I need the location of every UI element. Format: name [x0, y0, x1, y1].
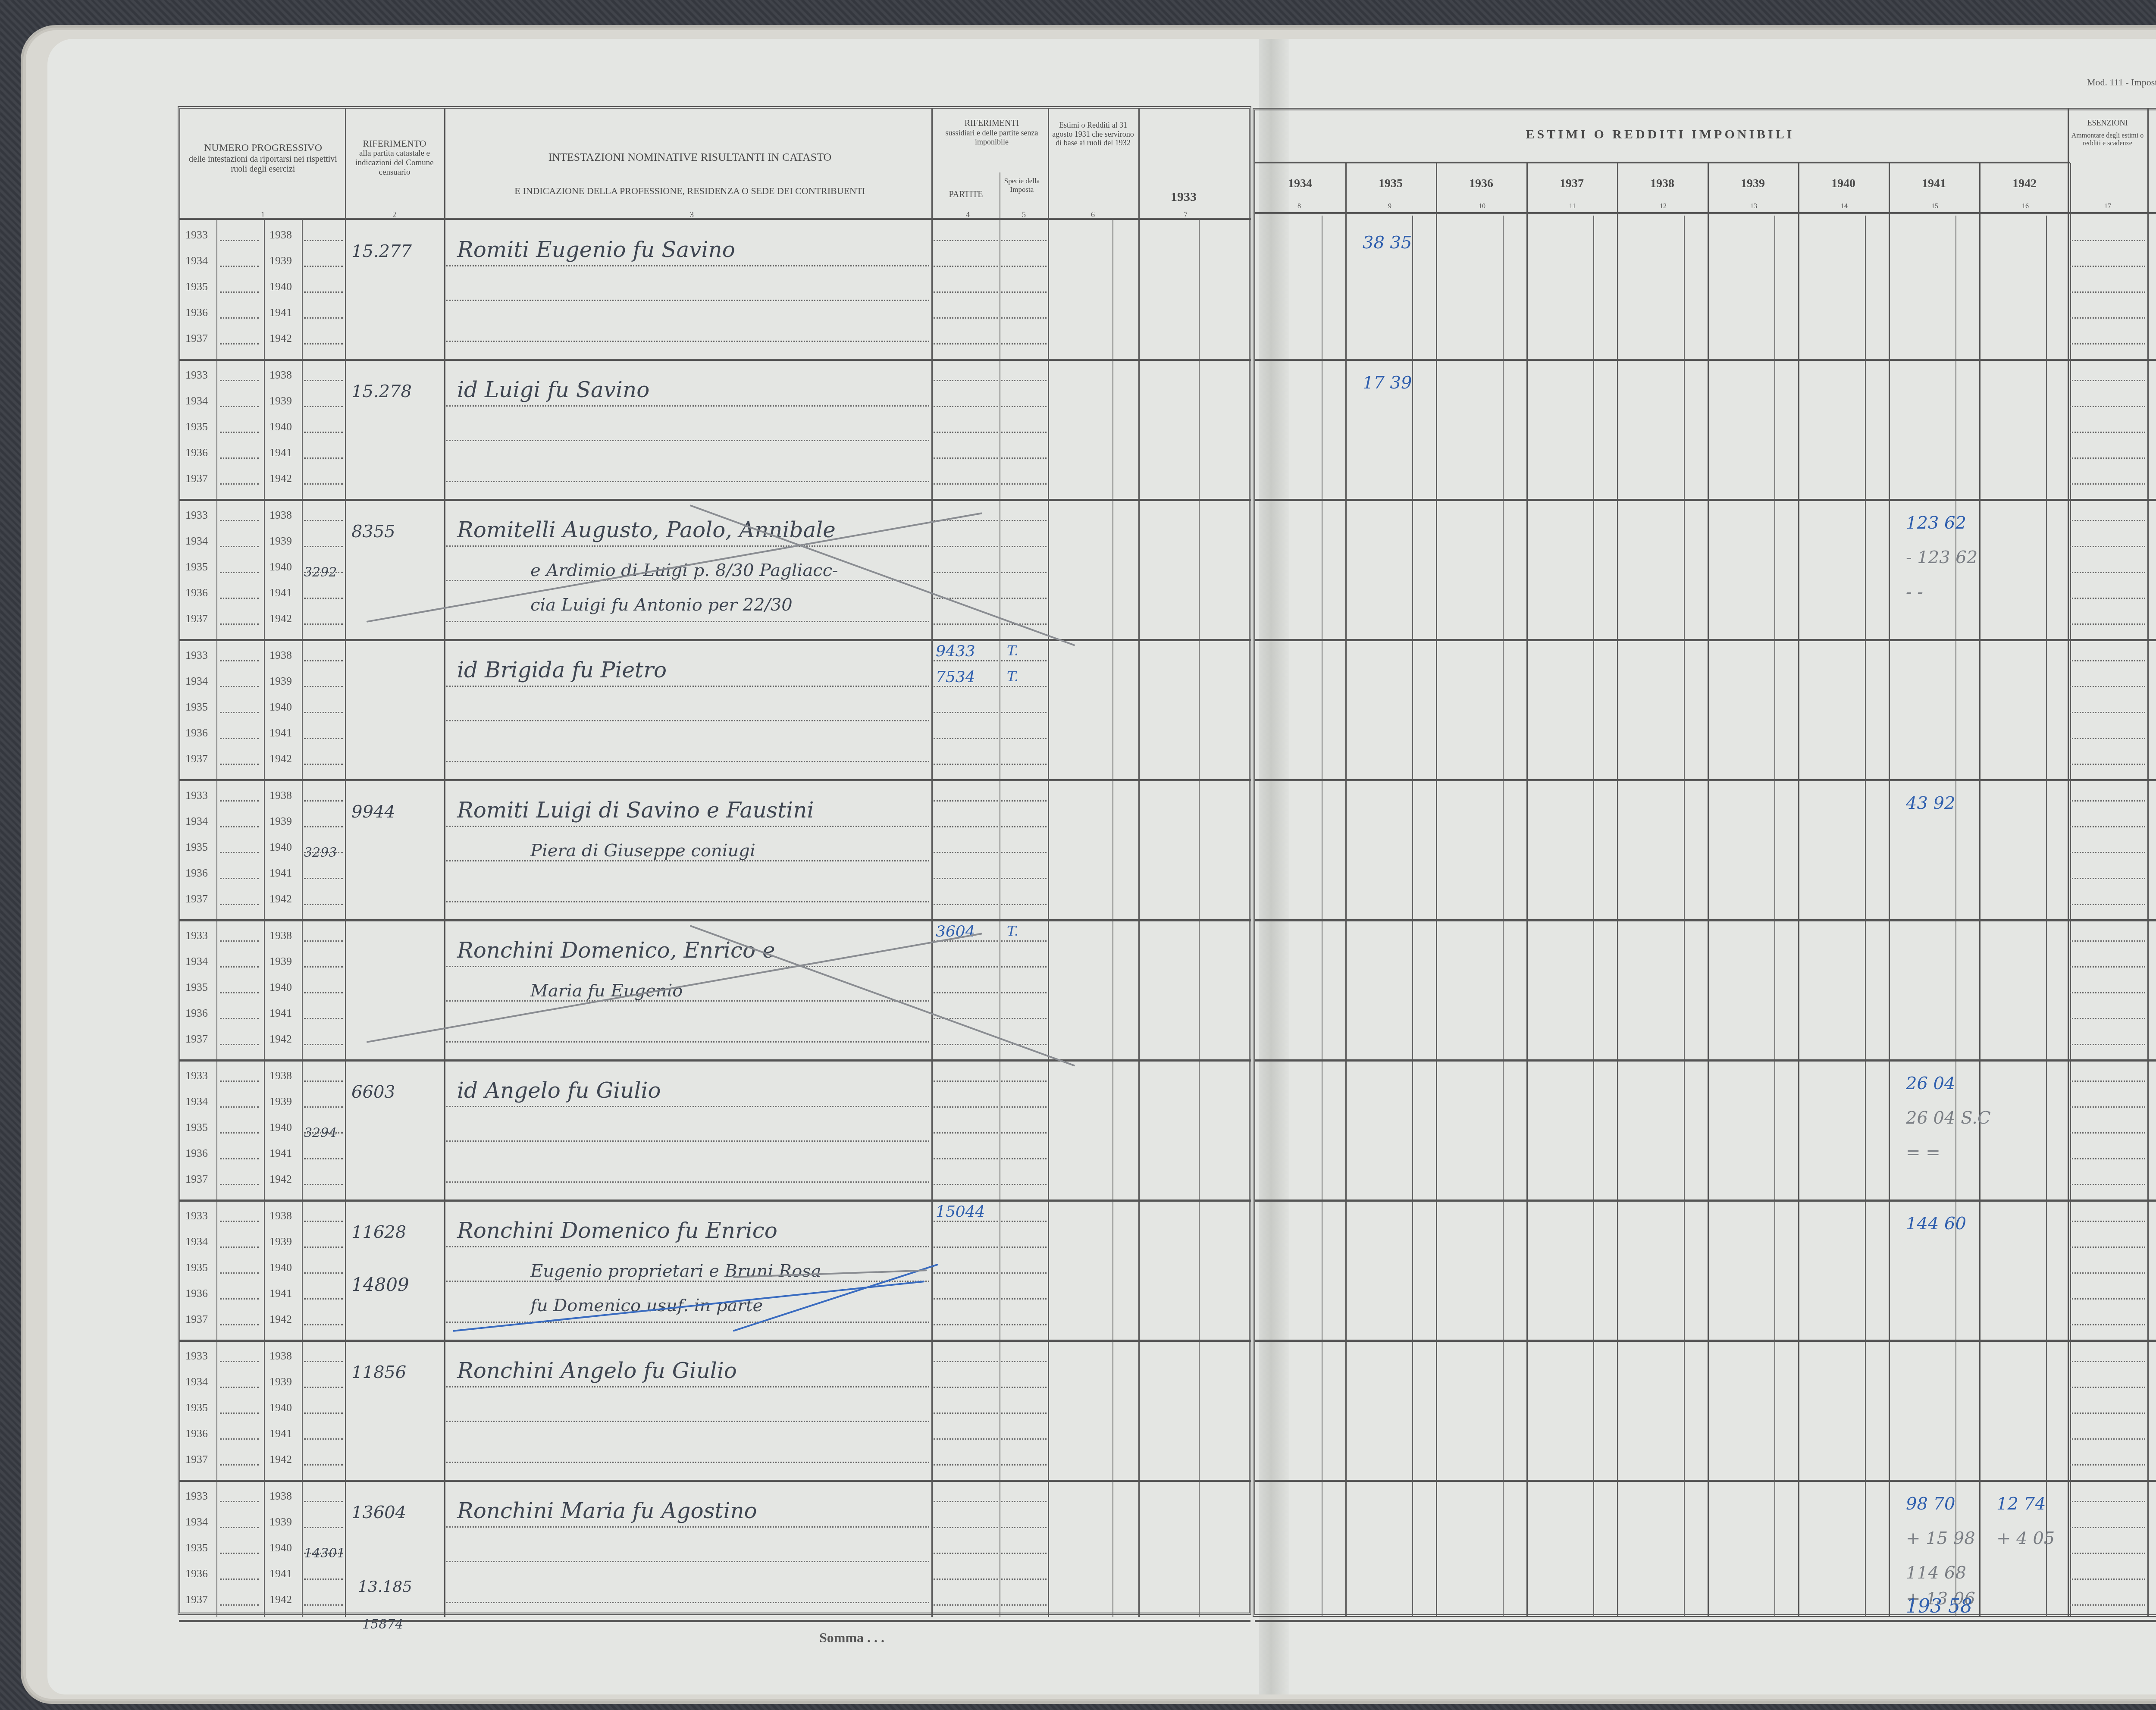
- dotted-line: [220, 1018, 259, 1019]
- dotted-line: [1001, 266, 1047, 267]
- row-separator: [1255, 919, 2156, 921]
- row-separator: [1255, 1340, 2156, 1342]
- dotted-line: [2070, 1080, 2145, 1082]
- row-separator: [179, 1620, 1250, 1622]
- dotted-line: [446, 686, 929, 687]
- dotted-line: [934, 1361, 998, 1362]
- partita-reference: 11628: [351, 1222, 406, 1242]
- dotted-line: [934, 240, 998, 241]
- year-label: 1934: [185, 1235, 208, 1248]
- year-header-1939: 1939: [1708, 177, 1798, 191]
- dotted-line: [2070, 878, 2145, 879]
- dotted-line: [220, 1464, 259, 1466]
- year-header-1940: 1940: [1798, 177, 1889, 191]
- colnum-17: 17: [2104, 203, 2111, 210]
- dotted-line: [934, 546, 998, 547]
- row-separator: [179, 919, 1250, 921]
- row-separator: [1255, 1480, 2156, 1482]
- dotted-line: [934, 1080, 998, 1082]
- dotted-line: [446, 1386, 929, 1387]
- dotted-line: [304, 1080, 343, 1082]
- header-exemptions: ESENZIONI Ammontare degli estimi o reddi…: [2070, 119, 2145, 147]
- dotted-line: [220, 800, 259, 802]
- dotted-line: [1001, 1412, 1047, 1414]
- divider: [1412, 216, 1413, 1617]
- dotted-line: [934, 1106, 998, 1108]
- divider: [2068, 108, 2069, 1617]
- dotted-line: [934, 826, 998, 827]
- year-label: 1942: [269, 472, 292, 485]
- divider: [1708, 163, 1709, 1616]
- dotted-line: [220, 764, 259, 765]
- taxpayer-name: Romiti Eugenio fu Savino: [457, 237, 735, 262]
- dotted-line: [446, 1106, 929, 1107]
- year-label: 1941: [269, 1567, 292, 1580]
- dotted-line: [2070, 852, 2145, 853]
- dotted-line: [2070, 966, 2145, 968]
- divider: [216, 220, 217, 1617]
- dotted-line: [304, 764, 343, 765]
- year-label: 1938: [269, 649, 292, 662]
- dotted-line: [446, 1041, 929, 1043]
- row-separator: [1255, 359, 2156, 361]
- dotted-line: [1001, 546, 1047, 547]
- header-exemptions-sub: Ammontare degli estimi o redditi e scade…: [2070, 132, 2145, 148]
- divider: [1138, 108, 1140, 1617]
- alt-reference: 3294: [304, 1125, 337, 1140]
- dotted-line: [934, 1221, 998, 1222]
- dotted-line: [446, 1526, 929, 1528]
- year-label: 1939: [269, 675, 292, 688]
- dotted-line: [220, 1361, 259, 1362]
- partite-value: 7534: [936, 668, 975, 686]
- dotted-line: [220, 1080, 259, 1082]
- colnum-9: 9: [1388, 203, 1391, 210]
- dotted-line: [304, 686, 343, 687]
- year-label: 1937: [185, 893, 208, 905]
- dotted-line: [304, 1184, 343, 1185]
- divider: [1526, 163, 1528, 1616]
- dotted-line: [934, 1272, 998, 1274]
- year-label: 1940: [269, 561, 292, 573]
- dotted-line: [934, 878, 998, 879]
- dotted-line: [2070, 1527, 2145, 1528]
- header-col6: Estimi o Redditi al 31 agosto 1931 che s…: [1050, 121, 1136, 147]
- divider: [1865, 216, 1866, 1617]
- year-label: 1935: [185, 1261, 208, 1274]
- dotted-line: [1001, 992, 1047, 993]
- dotted-line: [446, 1140, 929, 1142]
- year-label: 1933: [185, 929, 208, 942]
- year-header-1938: 1938: [1617, 177, 1708, 191]
- dotted-line: [934, 966, 998, 968]
- year-label: 1933: [185, 649, 208, 662]
- dotted-line: [1001, 712, 1047, 713]
- year-label: 1936: [185, 446, 208, 459]
- dotted-line: [2070, 572, 2145, 573]
- year-label: 1933: [185, 369, 208, 382]
- dotted-line: [220, 1221, 259, 1222]
- year-label: 1936: [185, 1007, 208, 1020]
- header-rule: [1255, 212, 2156, 214]
- row-separator: [179, 1200, 1250, 1202]
- year-label: 1936: [185, 1287, 208, 1300]
- dotted-line: [1001, 660, 1047, 661]
- header-exemptions-title: ESENZIONI: [2070, 119, 2145, 128]
- dotted-line: [934, 406, 998, 407]
- year-label: 1935: [185, 280, 208, 293]
- somma-label: Somma . . .: [819, 1630, 884, 1646]
- dotted-line: [1001, 1246, 1047, 1248]
- year-label: 1934: [185, 1375, 208, 1388]
- divider: [1593, 216, 1594, 1617]
- dotted-line: [2070, 1158, 2145, 1159]
- colnum-10: 10: [1479, 203, 1485, 210]
- dotted-line: [220, 966, 259, 968]
- dotted-line: [220, 520, 259, 521]
- year-label: 1942: [269, 612, 292, 625]
- dotted-line: [304, 940, 343, 942]
- dotted-line: [2070, 240, 2145, 241]
- dotted-line: [1001, 1361, 1047, 1362]
- dotted-line: [446, 545, 929, 547]
- dotted-line: [2070, 1361, 2145, 1362]
- dotted-line: [934, 1158, 998, 1159]
- year-label: 1938: [269, 1069, 292, 1082]
- dotted-line: [934, 1604, 998, 1606]
- dotted-line: [2070, 1412, 2145, 1414]
- dotted-line: [1001, 852, 1047, 853]
- dotted-line: [1001, 406, 1047, 407]
- dotted-line: [1001, 764, 1047, 765]
- colnum-13: 13: [1750, 203, 1757, 210]
- dotted-line: [2070, 686, 2145, 687]
- header-col3-sub: E INDICAZIONE DELLA PROFESSIONE, RESIDEN…: [448, 185, 931, 196]
- year-label: 1933: [185, 1069, 208, 1082]
- header-rule: [179, 218, 1250, 220]
- dotted-line: [220, 940, 259, 942]
- dotted-line: [304, 291, 343, 293]
- estimo-1941b: - 123 62: [1906, 548, 1977, 567]
- divider: [302, 220, 303, 1617]
- year-label: 1934: [185, 675, 208, 688]
- year-label: 1933: [185, 229, 208, 241]
- dotted-line: [934, 1387, 998, 1388]
- year-label: 1940: [269, 280, 292, 293]
- dotted-line: [934, 686, 998, 687]
- divider: [1798, 163, 1799, 1616]
- dotted-line: [304, 1106, 343, 1108]
- divider: [1000, 172, 1000, 1617]
- alt-reference: 3292: [304, 565, 337, 580]
- dotted-line: [220, 712, 259, 713]
- year-label: 1938: [269, 929, 292, 942]
- dotted-line: [304, 966, 343, 968]
- year-label: 1934: [185, 1095, 208, 1108]
- divider: [1617, 163, 1618, 1616]
- year-label: 1941: [269, 1007, 292, 1020]
- dotted-line: [446, 341, 929, 342]
- dotted-line: [2070, 738, 2145, 739]
- dotted-line: [1001, 1184, 1047, 1185]
- dotted-line: [304, 546, 343, 547]
- year-label: 1936: [185, 1427, 208, 1440]
- year-label: 1939: [269, 1235, 292, 1248]
- dotted-line: [2070, 1464, 2145, 1466]
- year-label: 1941: [269, 1147, 292, 1160]
- dotted-line: [304, 712, 343, 713]
- dotted-line: [220, 240, 259, 241]
- dotted-line: [1001, 380, 1047, 381]
- dotted-line: [2070, 291, 2145, 293]
- dotted-line: [220, 432, 259, 433]
- dotted-line: [934, 660, 998, 661]
- dotted-line: [304, 240, 343, 241]
- row-separator: [179, 1340, 1250, 1342]
- dotted-line: [1001, 940, 1047, 942]
- partita-reference: 15.278: [351, 382, 412, 401]
- row-separator: [1255, 779, 2156, 781]
- dotted-line: [2070, 1438, 2145, 1440]
- row-separator: [1255, 1059, 2156, 1062]
- colnum-11: 11: [1569, 203, 1576, 210]
- dotted-line: [2070, 940, 2145, 942]
- year-label: 1941: [269, 586, 292, 599]
- dotted-line: [220, 380, 259, 381]
- year-label: 1935: [185, 841, 208, 854]
- dotted-line: [2070, 317, 2145, 319]
- alt-reference: 13.185: [358, 1578, 412, 1596]
- dotted-line: [446, 761, 929, 762]
- dotted-line: [934, 572, 998, 573]
- row-separator: [1255, 499, 2156, 501]
- form-code: Mod. 111 - Imposte Dirette (Intercalare)…: [2087, 77, 2156, 88]
- estimo-1941: 26 04: [1906, 1074, 1955, 1093]
- partita-reference: 9944: [351, 802, 395, 822]
- dotted-line: [934, 380, 998, 381]
- divider: [1112, 220, 1113, 1617]
- specie-value: T.: [1007, 668, 1018, 685]
- year-label: 1937: [185, 472, 208, 485]
- dotted-line: [1001, 686, 1047, 687]
- dotted-line: [220, 660, 259, 661]
- dotted-line: [1001, 1044, 1047, 1045]
- dotted-line: [1001, 826, 1047, 827]
- taxpayer-name: id Angelo fu Giulio: [457, 1078, 661, 1103]
- dotted-line: [446, 1462, 929, 1463]
- dotted-line: [934, 1553, 998, 1554]
- year-label: 1939: [269, 395, 292, 407]
- header-col1-sub: delle intestazioni da riportarsi nei ris…: [181, 154, 345, 174]
- divider: [1774, 216, 1775, 1617]
- year-label: 1936: [185, 1567, 208, 1580]
- dotted-line: [304, 1158, 343, 1159]
- partita-reference: 15.277: [351, 241, 412, 261]
- year-label: 1942: [269, 893, 292, 905]
- dotted-line: [220, 878, 259, 879]
- dotted-line: [446, 1246, 929, 1247]
- header-col1-title: NUMERO PROGRESSIVO: [181, 142, 345, 154]
- dotted-line: [220, 1438, 259, 1440]
- dotted-line: [220, 1324, 259, 1325]
- dotted-line: [304, 1527, 343, 1528]
- year-label: 1935: [185, 981, 208, 994]
- dotted-line: [2070, 1298, 2145, 1300]
- dotted-line: [1001, 1132, 1047, 1134]
- year-label: 1937: [185, 612, 208, 625]
- dotted-line: [1001, 1501, 1047, 1502]
- dotted-line: [934, 1438, 998, 1440]
- divider: [1322, 216, 1322, 1617]
- header-col2-title: RIFERIMENTO: [345, 138, 444, 149]
- year-label: 1936: [185, 306, 208, 319]
- header-col45-title: RIFERIMENTI: [934, 119, 1050, 128]
- dotted-line: [220, 1246, 259, 1248]
- divider: [264, 220, 265, 1617]
- year-label: 1933: [185, 1490, 208, 1503]
- colnum-16: 16: [2022, 203, 2029, 210]
- dotted-line: [446, 826, 929, 827]
- dotted-line: [304, 800, 343, 802]
- dotted-line: [304, 1361, 343, 1362]
- header-col2: RIFERIMENTO alla partita catastale e ind…: [345, 138, 444, 177]
- dotted-line: [304, 1298, 343, 1300]
- dotted-line: [934, 1246, 998, 1248]
- dotted-line: [2070, 660, 2145, 661]
- dotted-line: [304, 266, 343, 267]
- year-label: 1935: [185, 420, 208, 433]
- dotted-line: [220, 992, 259, 993]
- estimo-1941: 98 70: [1906, 1494, 1955, 1514]
- dotted-line: [1001, 457, 1047, 459]
- dotted-line: [220, 1132, 259, 1134]
- year-label: 1933: [185, 789, 208, 802]
- dotted-line: [220, 1106, 259, 1108]
- dotted-line: [2070, 1246, 2145, 1248]
- alt-reference: 14809: [351, 1274, 409, 1295]
- dotted-line: [934, 1298, 998, 1300]
- dotted-line: [1001, 1464, 1047, 1466]
- dotted-line: [220, 343, 259, 345]
- year-label: 1936: [185, 727, 208, 739]
- dotted-line: [934, 317, 998, 319]
- year-label: 1934: [185, 535, 208, 548]
- dotted-line: [934, 1412, 998, 1414]
- dotted-line: [1001, 1387, 1047, 1388]
- dotted-line: [304, 1018, 343, 1019]
- dotted-line: [446, 901, 929, 902]
- dotted-line: [1001, 317, 1047, 319]
- dotted-line: [934, 1044, 998, 1045]
- dotted-line: [2070, 1106, 2145, 1108]
- estimo-1942b: + 4 05: [1996, 1528, 2055, 1548]
- dotted-line: [304, 660, 343, 661]
- dotted-line: [1001, 966, 1047, 968]
- row-separator: [1255, 1620, 2156, 1622]
- dotted-line: [304, 738, 343, 739]
- divider: [1199, 220, 1200, 1617]
- dotted-line: [304, 406, 343, 407]
- dotted-line: [1001, 1527, 1047, 1528]
- dotted-line: [446, 300, 929, 301]
- dotted-line: [1001, 1080, 1047, 1082]
- year-label: 1941: [269, 1427, 292, 1440]
- year-label: 1934: [185, 395, 208, 407]
- header-col2-sub: alla partita catastale e indicazioni del…: [345, 149, 444, 177]
- year-header-1935: 1935: [1345, 177, 1436, 191]
- taxpayer-name-line3: fu Domenico usuf. in parte: [530, 1296, 763, 1315]
- dotted-line: [934, 1324, 998, 1325]
- dotted-line: [220, 1184, 259, 1185]
- dotted-line: [934, 1464, 998, 1466]
- dotted-line: [934, 623, 998, 625]
- dotted-line: [934, 738, 998, 739]
- dotted-line: [220, 1604, 259, 1606]
- year-label: 1937: [185, 1033, 208, 1046]
- dotted-line: [304, 1387, 343, 1388]
- year-label: 1938: [269, 509, 292, 522]
- dotted-line: [2070, 623, 2145, 625]
- dotted-line: [934, 1501, 998, 1502]
- dotted-line: [220, 483, 259, 485]
- year-label: 1939: [269, 254, 292, 267]
- dotted-line: [304, 432, 343, 433]
- header-col3: INTESTAZIONI NOMINATIVE RISULTANTI IN CA…: [448, 151, 931, 196]
- divider: [1955, 216, 1956, 1617]
- year-label: 1938: [269, 369, 292, 382]
- year-label: 1940: [269, 420, 292, 433]
- dotted-line: [220, 572, 259, 573]
- dotted-line: [1001, 1106, 1047, 1108]
- divider: [345, 108, 346, 1617]
- row-separator: [179, 639, 1250, 641]
- dotted-line: [1001, 572, 1047, 573]
- header-col45-sub: sussidiari e delle partite senza imponib…: [934, 128, 1050, 146]
- dotted-line: [304, 1464, 343, 1466]
- dotted-line: [446, 1602, 929, 1603]
- dotted-line: [1001, 1438, 1047, 1440]
- year-label: 1938: [269, 1350, 292, 1362]
- dotted-line: [2070, 1578, 2145, 1580]
- dotted-line: [304, 317, 343, 319]
- year-label: 1933: [185, 1350, 208, 1362]
- alt-reference: 15874: [362, 1617, 403, 1632]
- estimo-1942: 12 74: [1996, 1494, 2046, 1514]
- dotted-line: [220, 686, 259, 687]
- year-label: 1942: [269, 752, 292, 765]
- dotted-line: [1001, 1553, 1047, 1554]
- alt-reference: 14301: [304, 1546, 345, 1561]
- row-separator: [1255, 639, 2156, 641]
- header-col7: 1933: [1141, 190, 1227, 205]
- dotted-line: [2070, 1501, 2145, 1502]
- year-label: 1938: [269, 1209, 292, 1222]
- header-col45: RIFERIMENTI sussidiari e delle partite s…: [934, 119, 1050, 146]
- year-label: 1938: [269, 789, 292, 802]
- taxpayer-name: id Luigi fu Savino: [457, 377, 649, 402]
- dotted-line: [220, 623, 259, 625]
- dotted-line: [1001, 1018, 1047, 1019]
- divider: [1684, 216, 1685, 1617]
- taxpayer-name-line2: e Ardimio di Luigi p. 8/30 Pagliacc-: [530, 561, 838, 580]
- year-label: 1939: [269, 955, 292, 968]
- dotted-line: [1001, 291, 1047, 293]
- dotted-line: [304, 904, 343, 905]
- dotted-line: [446, 1322, 929, 1323]
- dotted-line: [304, 1324, 343, 1325]
- year-header-1941: 1941: [1889, 177, 1979, 191]
- year-label: 1942: [269, 1173, 292, 1186]
